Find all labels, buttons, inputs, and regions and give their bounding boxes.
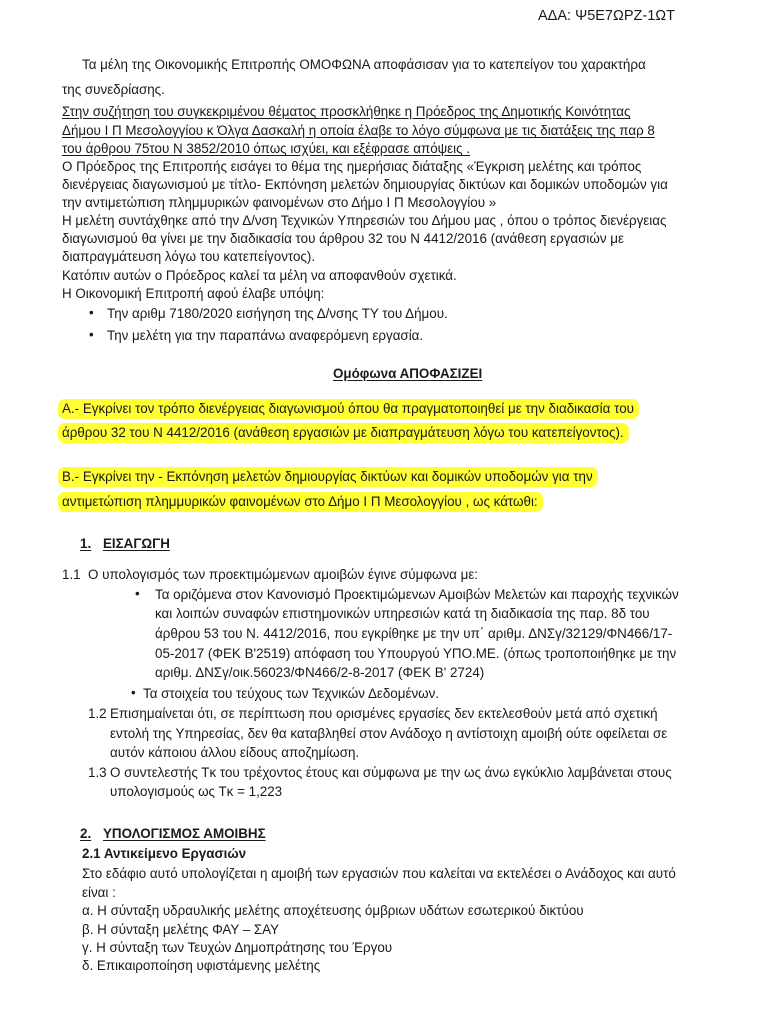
decision-a-line-2: άρθρου 32 του Ν 4412/2016 (ανάθεση εργασ… — [62, 425, 629, 440]
para-1-3-line-2: υπολογισμούς ως Τκ = 1,223 — [110, 784, 282, 799]
para-1-2-line-3: αυτόν κάποιου άλλου είδους αποζημίωση. — [110, 745, 359, 760]
para-1-2-line-1: Επισημαίνεται ότι, σε περίπτωση που ορισ… — [110, 706, 658, 721]
para-1-3-line-1: Ο συντελεστής Τκ του τρέχοντος έτους και… — [110, 765, 672, 780]
highlight: αντιμετώπιση πλημμυρικών φαινομένων στο … — [58, 492, 543, 512]
bullet-1-line-5: αριθμ. ΔΝΣγ/οικ.56023/ΦΝ466/2-8-2017 (ΦΕ… — [155, 665, 484, 680]
underlined-line-2: Δήμου Ι Π Μεσολογγίου κ Όλγα Δασκαλή η ο… — [62, 123, 655, 138]
bullet-dot: • — [131, 685, 136, 700]
body-line-8: Η Οικονομική Επιτροπή αφού έλαβε υπόψη: — [62, 286, 324, 301]
work-item-a: α. Η σύνταξη υδραυλικής μελέτης αποχέτευ… — [82, 903, 584, 918]
work-item-c: γ. Η σύνταξη των Τευχών Δημοπράτησης του… — [82, 940, 392, 955]
decision-title: Ομόφωνα ΑΠΟΦΑΣΙΖΕΙ — [333, 366, 482, 381]
section-1-title: ΕΙΣΑΓΩΓΗ — [103, 536, 170, 551]
bullet-1-line-2: και λοιπών συναφών επιστημονικών υπηρεσι… — [155, 606, 650, 621]
bullet-2-text: Τα στοιχεία του τεύχους των Τεχνικών Δεδ… — [143, 686, 439, 701]
body-line-3: την αντιμετώπιση πλημμυρικών φαινομένων … — [62, 195, 496, 210]
intro-line-2: της συνεδρίασης. — [62, 82, 165, 97]
considered-item-1: Την αριθμ 7180/2020 εισήγηση της Δ/νσης … — [107, 306, 448, 321]
underlined-line-3: του άρθρου 75του Ν 3852/2010 όπως ισχύει… — [62, 141, 470, 156]
para-1-2-number: 1.2 — [88, 706, 107, 721]
para-1-1-number: 1.1 — [62, 567, 81, 582]
text: Τα οριζόμενα στον Κανονισμό Προεκτιμώμεν… — [155, 587, 679, 602]
para-1-3-number: 1.3 — [88, 765, 107, 780]
decision-b-line-1: Β.- Εγκρίνει την - Εκπόνηση μελετών δημι… — [62, 469, 598, 484]
section-1-number: 1. — [80, 536, 91, 551]
bullet-1-line-4: 05-2017 (ΦΕΚ Β'2519) απόφαση του Υπουργο… — [155, 646, 676, 661]
underlined-line-1: Στην συζήτηση του συγκεκριμένου θέματος … — [62, 104, 631, 119]
intro-line-1: Τα μέλη της Οικονομικής Επιτροπής ΟΜΟΦΩΝ… — [82, 57, 646, 72]
decision-a-line-1: Α.- Εγκρίνει τον τρόπο διενέργειας διαγω… — [62, 401, 639, 416]
section-2-intro-line-1: Στο εδάφιο αυτό υπολογίζεται η αμοιβή τω… — [82, 866, 676, 881]
highlight: Β.- Εγκρίνει την - Εκπόνηση μελετών δημι… — [58, 467, 598, 487]
body-line-4: Η μελέτη συντάχθηκε από την Δ/νση Τεχνικ… — [62, 213, 666, 228]
bullet-dot: • — [135, 586, 140, 601]
highlight: άρθρου 32 του Ν 4412/2016 (ανάθεση εργασ… — [58, 423, 629, 443]
section-2-number: 2. — [80, 826, 91, 841]
para-1-1-text: Ο υπολογισμός των προεκτιμώμενων αμοιβών… — [88, 567, 478, 582]
section-2-intro-line-2: είναι : — [82, 885, 116, 900]
bullet-dot: • — [89, 327, 94, 342]
body-line-6: διαπραγμάτευση λόγω του κατεπείγοντος). — [62, 249, 315, 264]
body-line-1: Ο Πρόεδρος της Επιτροπής εισάγει το θέμα… — [62, 159, 641, 174]
bullet-dot: • — [89, 305, 94, 320]
para-1-2-line-2: εντολή της Υπηρεσίας, δεν θα καταβληθεί … — [110, 726, 667, 741]
body-line-5: διαγωνισμού θα γίνει με την διαδικασία τ… — [62, 231, 624, 246]
subsection-2-1-title: 2.1 Αντικείμενο Εργασιών — [82, 846, 246, 861]
considered-item-2: Την μελέτη για την παραπάνω αναφερόμενη … — [107, 328, 423, 343]
bullet-1-line-3: άρθρου 53 του Ν. 4412/2016, που εγκρίθηκ… — [155, 626, 672, 641]
body-line-2: διενέργειας διαγωνισμού με τίτλο- Εκπόνη… — [62, 177, 668, 192]
decision-b-line-2: αντιμετώπιση πλημμυρικών φαινομένων στο … — [62, 494, 543, 509]
work-item-d: δ. Επικαιροποίηση υφιστάμενης μελέτης — [82, 958, 320, 973]
bullet-1-line-1: Τα οριζόμενα στον Κανονισμό Προεκτιμώμεν… — [155, 587, 718, 602]
section-2-title: ΥΠΟΛΟΓΙΣΜΟΣ ΑΜΟΙΒΗΣ — [103, 826, 266, 841]
body-line-7: Κατόπιν αυτών ο Πρόεδρος καλεί τα μέλη ν… — [62, 268, 457, 283]
work-item-b: β. Η σύνταξη μελέτης ΦΑΥ – ΣΑΥ — [82, 922, 279, 937]
highlight: Α.- Εγκρίνει τον τρόπο διενέργειας διαγω… — [58, 399, 639, 419]
ada-code: ΑΔΑ: Ψ5Ε7ΩΡΖ-1ΩΤ — [538, 8, 675, 24]
